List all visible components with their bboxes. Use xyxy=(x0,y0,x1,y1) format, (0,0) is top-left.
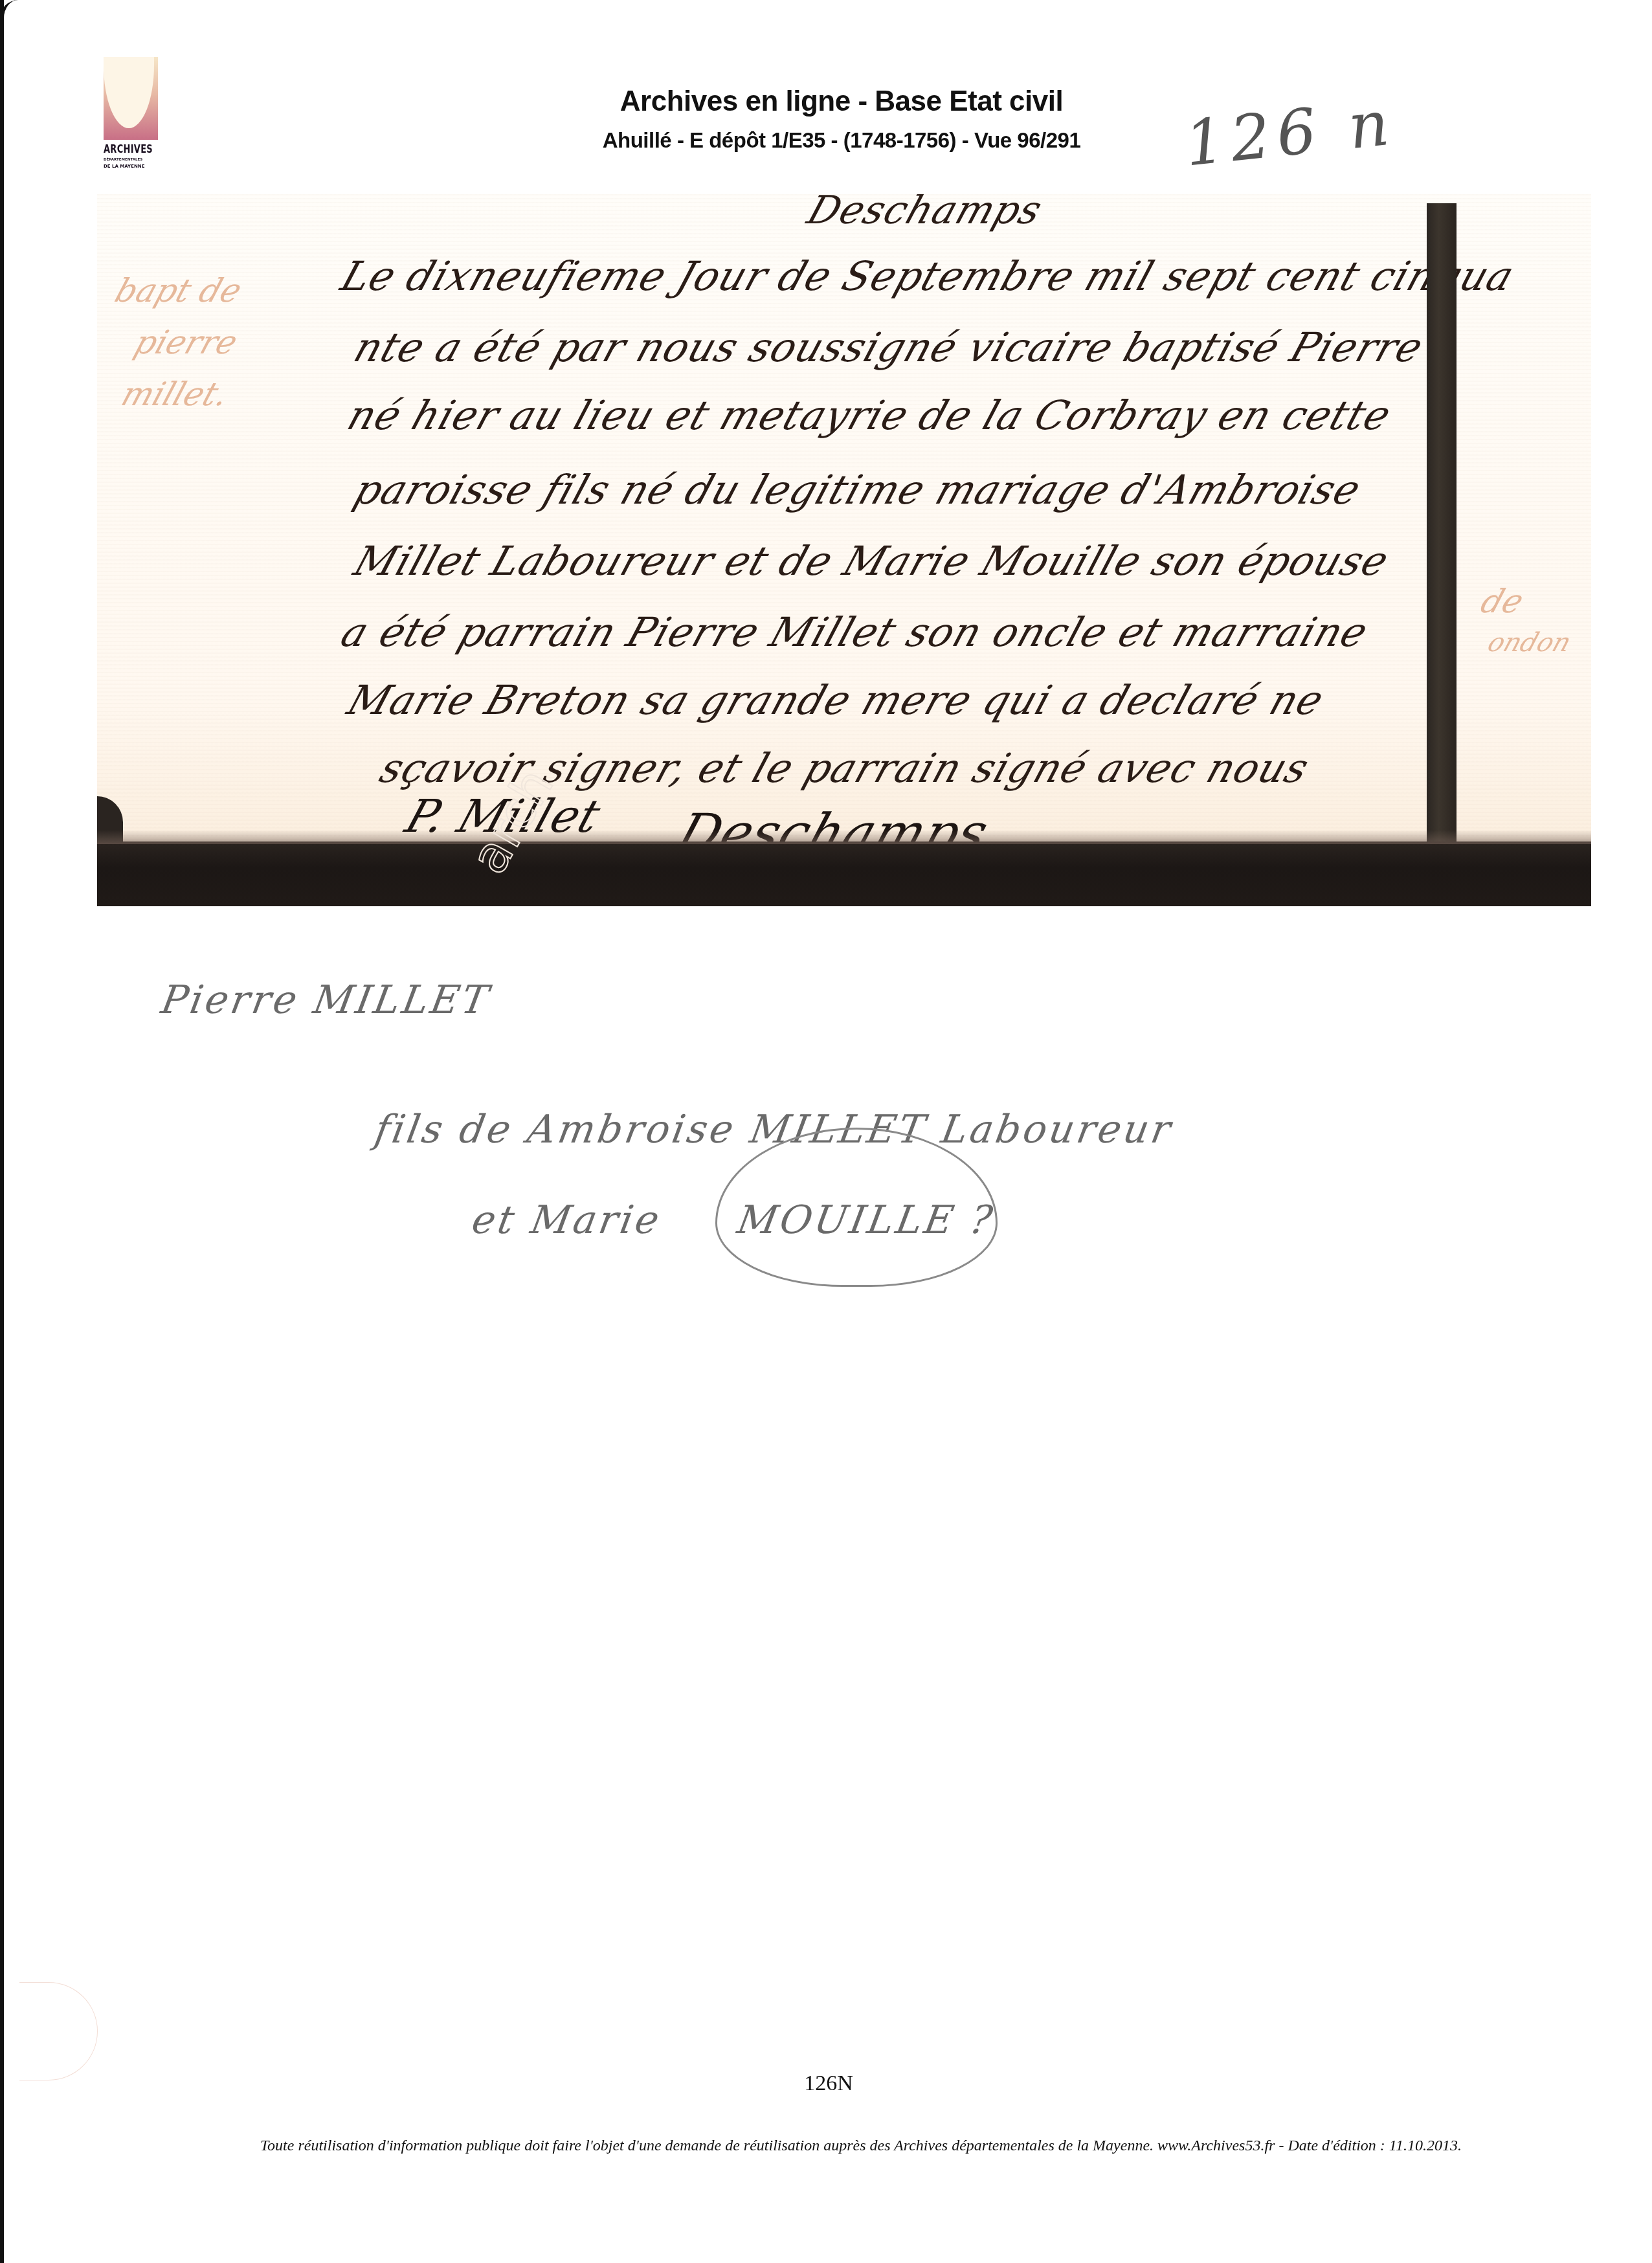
manuscript-line: Le dixneufieme Jour de Septembre mil sep… xyxy=(335,252,1521,300)
transcription-name: Pierre MILLET xyxy=(158,977,495,1023)
manuscript-line: paroisse fils né du legitime mariage d'A… xyxy=(348,466,1367,513)
manuscript-line: a été parrain Pierre Millet son oncle et… xyxy=(335,608,1374,656)
manuscript-line: Marie Breton sa grande mere qui a declar… xyxy=(342,676,1330,724)
margin-note-line: pierre xyxy=(130,324,243,361)
right-margin-fragment: ondon xyxy=(1484,628,1575,658)
footer-legal-notice: Toute réutilisation d'information publiq… xyxy=(129,2137,1592,2155)
archives-logo: ARCHIVES DÉPARTEMENTALES DE LA MAYENNE xyxy=(104,57,159,169)
logo-text-archives: ARCHIVES xyxy=(104,143,159,157)
binding-shadow xyxy=(1427,203,1457,851)
handwritten-reference-number: 126 n xyxy=(1181,86,1399,180)
document-reference: Ahuillé - E dépôt 1/E35 - (1748-1756) - … xyxy=(531,128,1152,153)
manuscript-line: né hier au lieu et metayrie de la Corbra… xyxy=(342,392,1397,439)
manuscript-scan: bapt de pierre millet. Deschamps Le dixn… xyxy=(97,194,1591,906)
scan-bottom-shadow xyxy=(97,842,1591,906)
margin-note-line: bapt de xyxy=(111,272,247,309)
margin-note-line: millet. xyxy=(117,375,234,413)
logo-mark-icon xyxy=(104,57,158,140)
logo-text-departementales: DÉPARTEMENTALES xyxy=(104,158,159,162)
manuscript-line: nte a été par nous soussigné vicaire bap… xyxy=(348,324,1429,371)
logo-text-mayenne: DE LA MAYENNE xyxy=(104,164,159,169)
stray-mark xyxy=(19,1982,98,2080)
scan-page-edge xyxy=(0,0,4,2263)
page-title: Archives en ligne - Base Etat civil xyxy=(583,85,1100,118)
manuscript-line: Deschamps xyxy=(802,194,1048,233)
manuscript-line: Millet Laboureur et de Marie Mouille son… xyxy=(348,537,1395,585)
page-number: 126N xyxy=(764,2071,893,2096)
transcription-mother-prefix: et Marie xyxy=(469,1198,665,1243)
